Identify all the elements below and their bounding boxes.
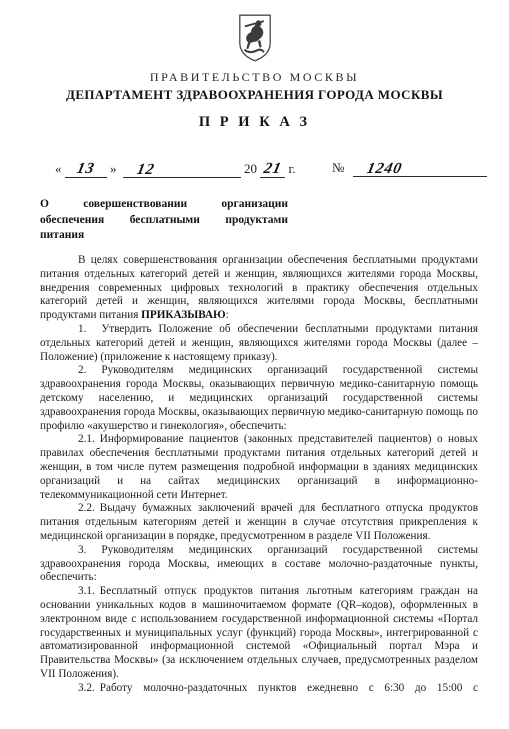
item-text: Бесплатный отпуск продуктов питания льго…	[40, 585, 478, 680]
order-item-1: 1.Утвердить Положение об обеспечении бес…	[40, 323, 478, 364]
date-field: « 13 » 12 20 21 г.	[55, 160, 296, 178]
intro-text: В целях совершенствования организации об…	[40, 254, 478, 321]
order-item-2-1: 2.1.Информирование пациентов (законных п…	[40, 433, 478, 502]
item-text: Утвердить Положение об обеспечении беспл…	[40, 323, 478, 363]
year-suffix: г.	[289, 161, 296, 178]
item-number: 2.1.	[78, 433, 100, 445]
item-number: 2.	[78, 364, 101, 376]
document-page: ПРАВИТЕЛЬСТВО МОСКВЫ ДЕПАРТАМЕНТ ЗДРАВОО…	[0, 0, 509, 729]
department-title: ДЕПАРТАМЕНТ ЗДРАВООХРАНЕНИЯ ГОРОДА МОСКВ…	[0, 87, 509, 103]
day-slot: 13	[65, 160, 107, 178]
intro-tail: :	[226, 309, 229, 321]
item-number: 3.1.	[78, 585, 100, 597]
moscow-coat-of-arms-icon	[236, 13, 274, 63]
handwritten-number: 1240	[365, 160, 404, 178]
order-body: В целях совершенствования организации об…	[40, 254, 478, 696]
item-number: 3.2.	[78, 682, 100, 694]
item-text: Руководителям медицинских организаций го…	[40, 544, 478, 584]
item-number: 3.	[78, 544, 101, 556]
open-quote: «	[55, 161, 62, 178]
handwritten-day: 13	[75, 160, 96, 178]
number-field: № 1240	[332, 160, 487, 177]
document-type-title: П Р И К А З	[0, 114, 509, 131]
order-item-3: 3.Руководителям медицинских организаций …	[40, 544, 478, 585]
order-item-2-2: 2.2.Выдачу бумажных заключений врачей дл…	[40, 502, 478, 543]
year-century: 20	[244, 161, 257, 178]
number-sign: №	[332, 160, 344, 177]
item-text: Руководителям медицинских организаций го…	[40, 364, 478, 431]
year-slot: 21	[260, 160, 285, 178]
date-number-row: « 13 » 12 20 21 г. № 1240	[0, 160, 509, 184]
order-subject: О совершенствовании организации обеспече…	[40, 197, 288, 244]
intro-paragraph: В целях совершенствования организации об…	[40, 254, 478, 323]
item-text: Информирование пациентов (законных предс…	[40, 433, 478, 500]
close-quote: »	[110, 161, 117, 178]
handwritten-year: 21	[262, 160, 283, 178]
item-number: 2.2.	[78, 502, 100, 514]
month-slot: 12	[123, 161, 241, 178]
item-number: 1.	[78, 323, 101, 335]
number-slot: 1240	[353, 160, 487, 177]
item-text: Выдачу бумажных заключений врачей для бе…	[40, 502, 478, 542]
order-item-3-1: 3.1.Бесплатный отпуск продуктов питания …	[40, 585, 478, 682]
handwritten-month: 12	[135, 161, 156, 179]
item-text: Работу молочно-раздаточных пунктов ежедн…	[100, 682, 478, 694]
order-item-2: 2.Руководителям медицинских организаций …	[40, 364, 478, 433]
order-item-3-2: 3.2.Работу молочно-раздаточных пунктов е…	[40, 682, 478, 696]
intro-bold-word: ПРИКАЗЫВАЮ	[141, 309, 225, 321]
government-title: ПРАВИТЕЛЬСТВО МОСКВЫ	[0, 70, 509, 85]
